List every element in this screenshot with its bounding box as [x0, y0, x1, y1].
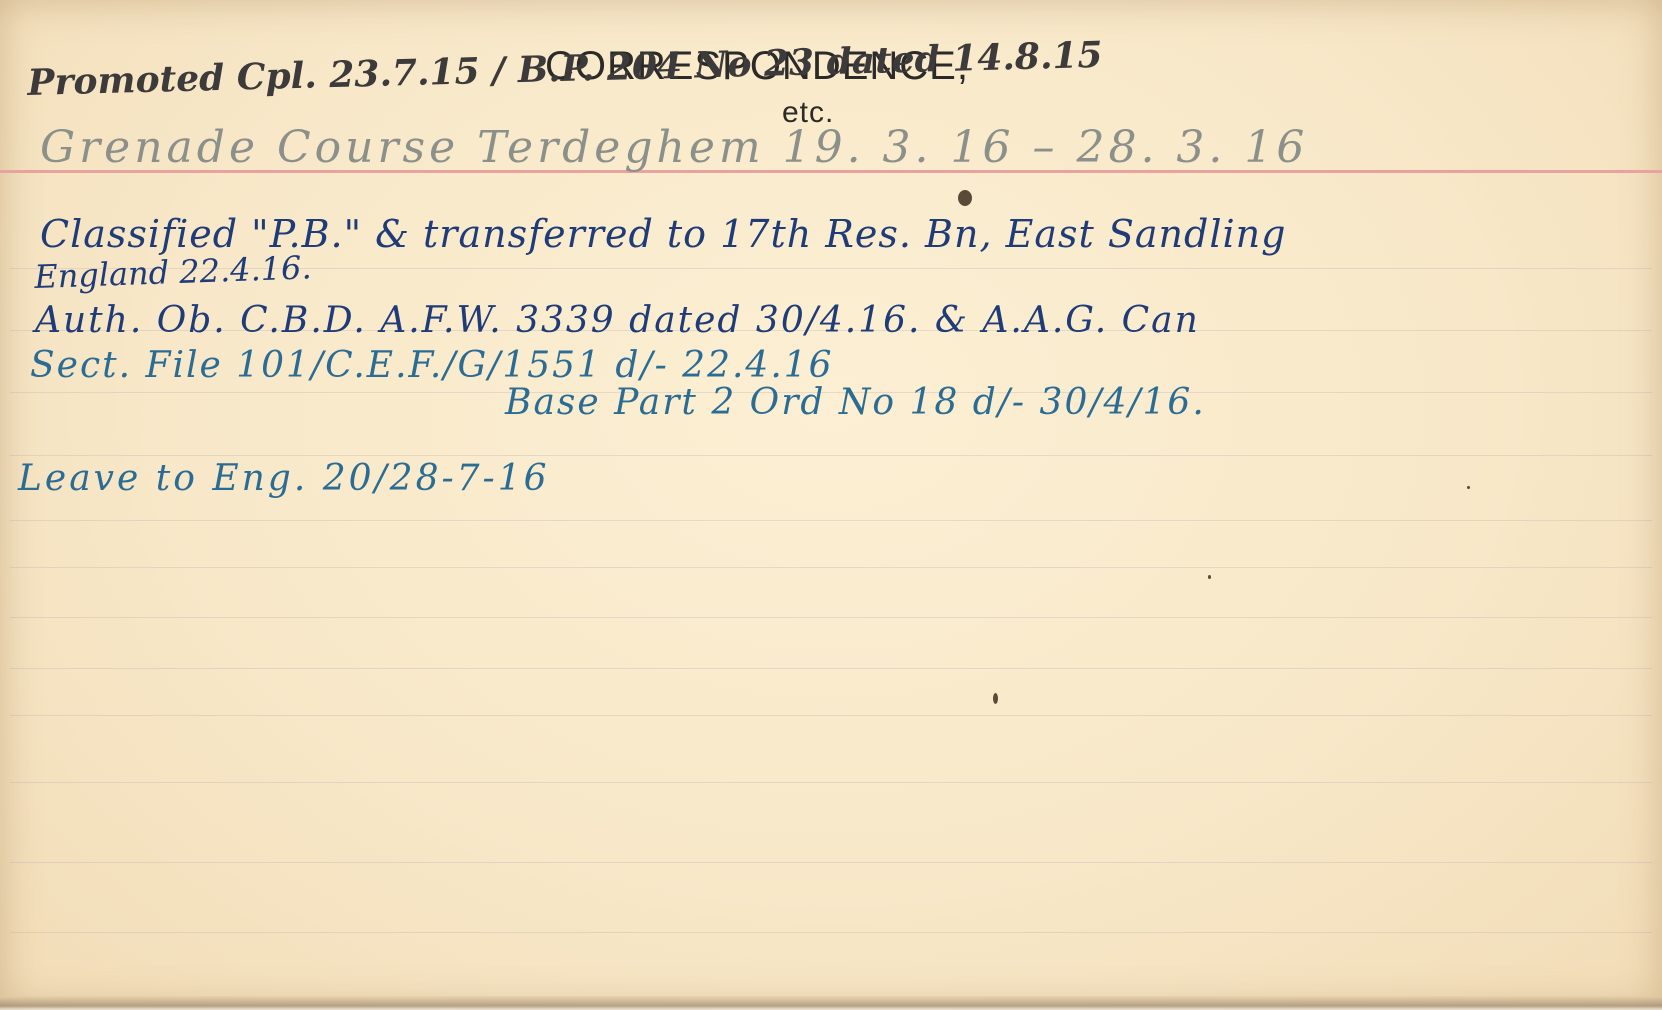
entry-base-part-line: Base Part 2 Ord No 18 d/- 30/4/16. — [505, 382, 1206, 423]
ink-dot — [1208, 575, 1211, 579]
ink-blot — [993, 693, 998, 704]
ruled-line — [10, 715, 1652, 716]
ink-dot — [1467, 486, 1470, 489]
ruled-line — [10, 668, 1652, 669]
ink-blot — [958, 190, 972, 206]
ruled-line — [10, 862, 1652, 863]
entry-authority-line: Auth. Ob. C.B.D. A.F.W. 3339 dated 30/4.… — [35, 300, 1200, 341]
entry-sect-file-line: Sect. File 101/C.E.F./G/1551 d/- 22.4.16 — [30, 345, 834, 386]
ruled-line — [10, 520, 1652, 521]
entry-leave-line: Leave to Eng. 20/28-7-16 — [18, 458, 550, 499]
entry-grenade-course: Grenade Course Terdeghem 19. 3. 16 – 28.… — [40, 122, 1308, 173]
ruled-line — [10, 455, 1652, 456]
ruled-line — [10, 567, 1652, 568]
ruled-line — [10, 617, 1652, 618]
ruled-line — [10, 932, 1652, 933]
ruled-line — [10, 782, 1652, 783]
record-card: CORRESPONDENCE, etc. Promoted Cpl. 23.7.… — [0, 0, 1662, 1010]
entry-classified-line1: Classified "P.B." & transferred to 17th … — [40, 212, 1286, 256]
